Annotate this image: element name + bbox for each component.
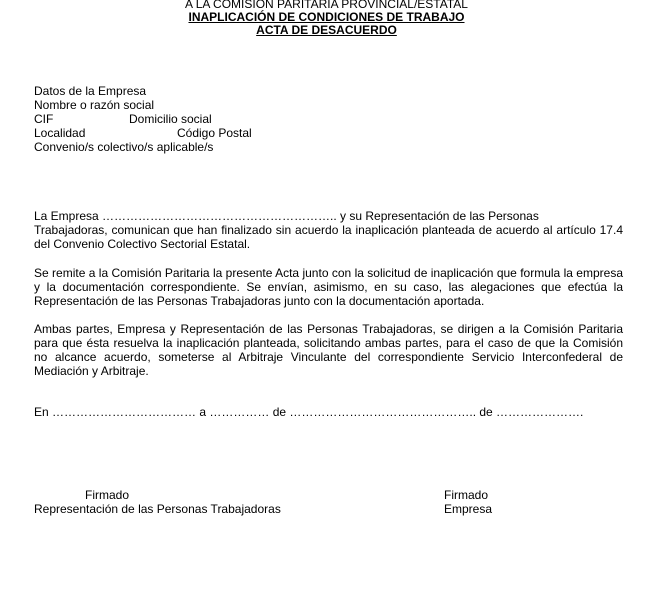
signature-company: Firmado Empresa (444, 488, 492, 516)
locality-postal-row: LocalidadCódigo Postal (34, 126, 252, 140)
signature-workers: Firmado Representación de las Personas T… (34, 488, 281, 516)
paragraph-disagreement-first-line: La Empresa ………………………………………………….. y su Re… (34, 209, 623, 223)
collective-agreement-label: Convenio/s colectivo/s aplicable/s (34, 140, 252, 154)
cif-label: CIF (34, 112, 129, 126)
signature-workers-signed-label: Firmado (34, 488, 281, 502)
paragraph-arbitration: Ambas partes, Empresa y Representación d… (34, 322, 623, 378)
signature-company-signed-label: Firmado (444, 488, 492, 502)
company-data-title: Datos de la Empresa (34, 84, 252, 98)
paragraph-disagreement-rest: Trabajadoras, comunican que han finaliza… (34, 223, 623, 251)
company-name-label: Nombre o razón social (34, 98, 252, 112)
place-date-line: En ……………………………… a …………… de …………………………………… (34, 405, 583, 419)
signature-company-party: Empresa (444, 502, 492, 516)
paragraph-disagreement: La Empresa ………………………………………………….. y su Re… (34, 209, 623, 251)
address-label: Domicilio social (129, 112, 212, 126)
document-title: ACTA DE DESACUERDO (0, 24, 653, 37)
paragraph-submission: Se remite a la Comisión Paritaria la pre… (34, 266, 623, 308)
cif-address-row: CIFDomicilio social (34, 112, 252, 126)
postal-code-label: Código Postal (177, 126, 252, 140)
company-data-section: Datos de la Empresa Nombre o razón socia… (34, 84, 252, 154)
signature-workers-party: Representación de las Personas Trabajado… (34, 502, 281, 516)
locality-label: Localidad (34, 126, 177, 140)
document-header: A LA COMISIÓN PARITARIA PROVINCIAL/ESTAT… (0, 0, 653, 37)
